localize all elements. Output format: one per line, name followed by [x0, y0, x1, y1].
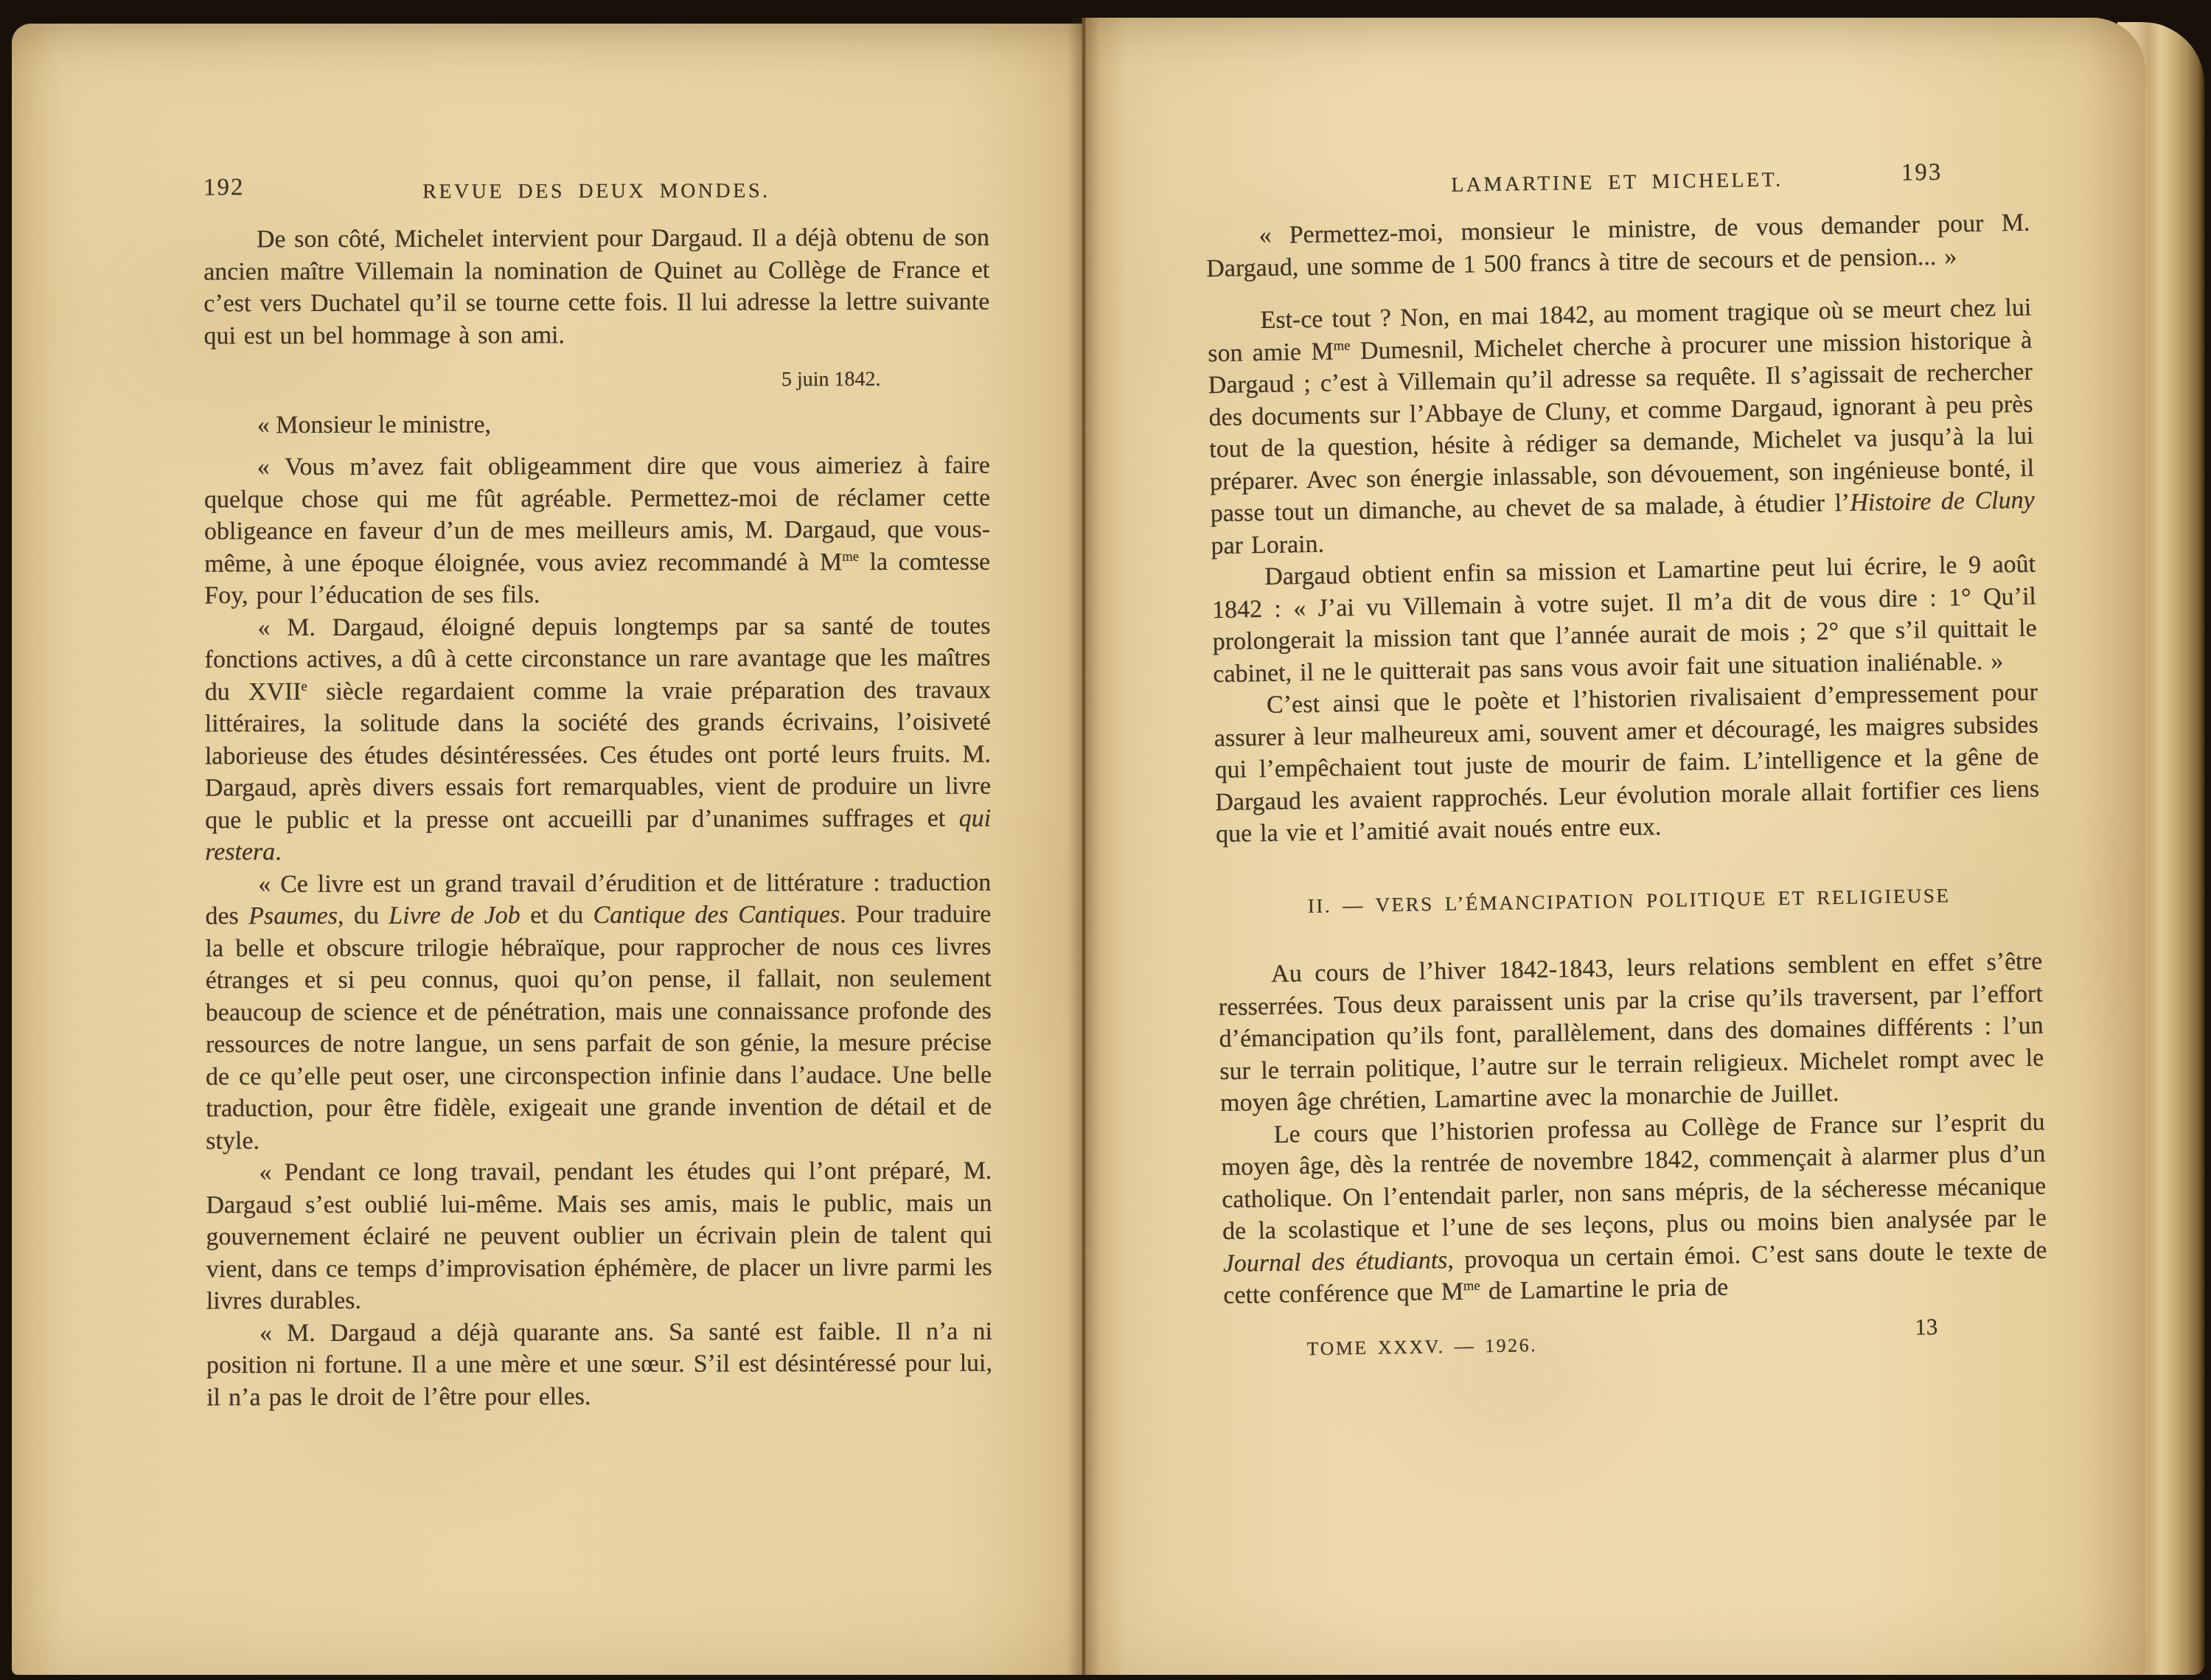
- signature-number: 13: [1915, 1311, 1938, 1343]
- page-number: 192: [203, 172, 245, 204]
- left-page-column: 192 REVUE DES DEUX MONDES. De son côté, …: [203, 170, 992, 1414]
- paragraph: « Pendant ce long travail, pendant les é…: [206, 1155, 992, 1317]
- paragraph: De son côté, Michelet intervient pour Da…: [203, 222, 989, 352]
- tome-imprint: TOME XXXV. — 1926.: [1306, 1329, 1537, 1365]
- left-page-body: De son côté, Michelet intervient pour Da…: [203, 222, 992, 1414]
- left-page: 192 REVUE DES DEUX MONDES. De son côté, …: [12, 24, 1082, 1675]
- paragraph: « M. Dargaud a déjà quarante ans. Sa san…: [206, 1315, 992, 1413]
- paragraph: « M. Dargaud, éloigné depuis longtemps p…: [204, 610, 991, 868]
- scanned-book-photo: { "colors": { "backdrop": "#18110a", "pa…: [0, 0, 2211, 1680]
- section-heading: II. — VERS L’ÉMANCIPATION POLITIQUE ET R…: [1216, 878, 2041, 924]
- paragraph: « Vous m’avez fait obligeamment dire que…: [204, 450, 991, 612]
- running-header: 192 REVUE DES DEUX MONDES.: [203, 170, 989, 206]
- paragraph: Le cours que l’historien professa au Col…: [1220, 1106, 2047, 1312]
- page-footer: TOME XXXV. — 1926. 13: [1224, 1320, 2049, 1366]
- paragraph: Au cours de l’hiver 1842-1843, leurs rel…: [1218, 946, 2044, 1120]
- paragraph: Est-ce tout ? Non, en mai 1842, au momen…: [1207, 292, 2036, 562]
- page-number: 193: [1901, 157, 1942, 189]
- paragraph: « Ce livre est un grand travail d’érudit…: [205, 866, 992, 1157]
- right-page: LAMARTINE ET MICHELET. 193 « Permettez-m…: [1082, 18, 2145, 1675]
- paragraph: C’est ainsi que le poète et l’historien …: [1214, 677, 2040, 851]
- running-header-title: REVUE DES DEUX MONDES.: [203, 170, 989, 209]
- date-line: 5 juin 1842.: [203, 363, 989, 397]
- running-header: LAMARTINE ET MICHELET. 193: [1205, 156, 2030, 203]
- right-page-body: « Permettez-moi, monsieur le ministre, d…: [1205, 207, 2047, 1312]
- right-page-column: LAMARTINE ET MICHELET. 193 « Permettez-m…: [1205, 156, 2049, 1366]
- paragraph: « Permettez-moi, monsieur le ministre, d…: [1205, 207, 2030, 285]
- paragraph: Dargaud obtient enfin sa mission et Lama…: [1211, 548, 2038, 691]
- paragraph: « Monsieur le ministre,: [204, 407, 990, 441]
